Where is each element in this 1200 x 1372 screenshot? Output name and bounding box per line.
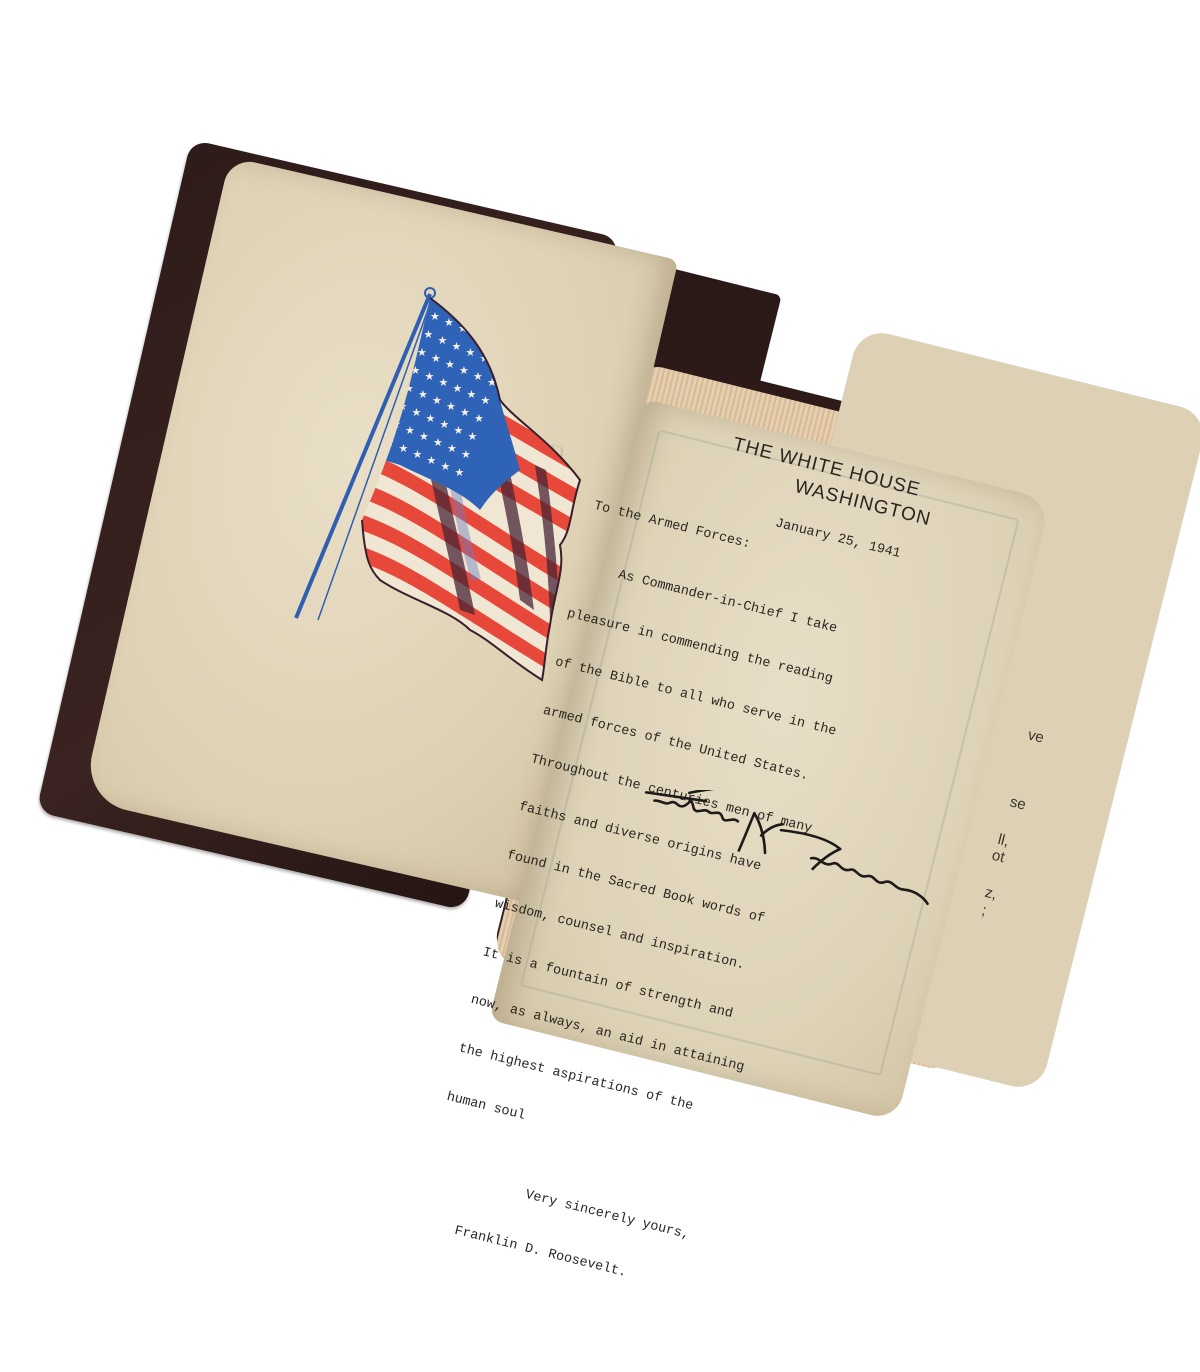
svg-text:★: ★	[385, 436, 395, 449]
svg-text:★: ★	[453, 382, 463, 395]
svg-text:★: ★	[452, 340, 462, 353]
svg-text:★: ★	[439, 376, 449, 389]
svg-text:★: ★	[473, 370, 483, 383]
svg-text:★: ★	[424, 328, 434, 341]
svg-text:★: ★	[460, 406, 470, 419]
letter-line: human soul	[445, 1090, 837, 1203]
svg-text:★: ★	[426, 412, 436, 425]
letter-line: pleasure in commending the reading	[565, 607, 957, 720]
svg-text:★: ★	[467, 388, 477, 401]
svg-text:★: ★	[417, 346, 427, 359]
svg-text:★: ★	[461, 448, 471, 461]
letter-line: of the Bible to all who serve in the	[553, 655, 945, 768]
svg-text:★: ★	[447, 442, 457, 455]
svg-text:★: ★	[455, 466, 465, 479]
svg-text:★: ★	[474, 412, 484, 425]
photo-scene: L O R D o u r F a t h n a m e	[0, 0, 1200, 1372]
letter-line: As Commander-in-Chief I take	[577, 559, 969, 672]
svg-text:★: ★	[438, 334, 448, 347]
svg-text:★: ★	[500, 340, 510, 353]
svg-text:★: ★	[441, 460, 451, 473]
svg-text:★: ★	[454, 424, 464, 437]
svg-text:★: ★	[481, 394, 491, 407]
svg-text:★: ★	[432, 394, 442, 407]
typed-name: Franklin D. Roosevelt.	[452, 1224, 805, 1327]
svg-text:★: ★	[430, 310, 440, 323]
svg-text:★: ★	[468, 430, 478, 443]
svg-text:★: ★	[433, 436, 443, 449]
svg-text:★: ★	[440, 418, 450, 431]
svg-text:★: ★	[419, 430, 429, 443]
svg-text:★: ★	[398, 400, 408, 413]
svg-text:★: ★	[444, 316, 454, 329]
svg-text:★: ★	[445, 358, 455, 371]
letter-line: the highest aspirations of the	[457, 1042, 849, 1155]
handwritten-signature	[610, 790, 940, 960]
svg-text:★: ★	[459, 364, 469, 377]
svg-text:★: ★	[486, 334, 496, 347]
letter-line: It is a fountain of strength and	[481, 945, 873, 1058]
svg-text:★: ★	[411, 364, 421, 377]
svg-text:★: ★	[427, 454, 437, 467]
svg-text:★: ★	[466, 346, 476, 359]
svg-text:★: ★	[413, 448, 423, 461]
svg-text:★: ★	[418, 388, 428, 401]
svg-text:★: ★	[494, 358, 504, 371]
svg-text:★: ★	[399, 442, 409, 455]
letter-line: now, as always, an aid in attaining	[469, 993, 861, 1106]
svg-text:★: ★	[425, 370, 435, 383]
svg-text:★: ★	[446, 400, 456, 413]
svg-text:★: ★	[391, 418, 401, 431]
svg-text:★: ★	[404, 382, 414, 395]
svg-text:★: ★	[412, 406, 422, 419]
svg-text:★: ★	[431, 352, 441, 365]
svg-text:★: ★	[405, 424, 415, 437]
